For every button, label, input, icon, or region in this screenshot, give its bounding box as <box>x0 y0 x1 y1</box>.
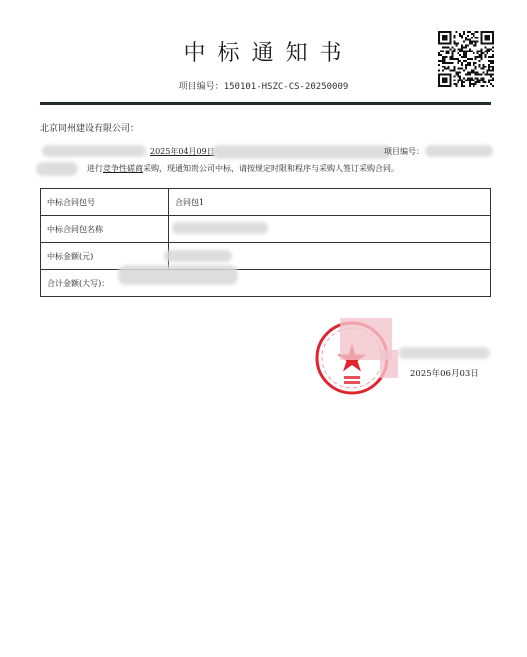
qr-code-icon <box>438 31 494 87</box>
issue-date: 2025年06月03日 <box>410 367 479 379</box>
redacted-amount <box>164 250 232 262</box>
row-label: 中标合同包号 <box>41 189 169 216</box>
redacted-project-name <box>212 145 392 159</box>
redacted-purchaser <box>42 145 146 157</box>
redacted-fragment <box>36 162 78 176</box>
bid-date: 2025年04月09日 <box>150 147 215 156</box>
row-value: 合同包1 <box>169 189 491 216</box>
header-divider <box>40 102 491 105</box>
notice-date: 2025年04月09日 <box>150 146 215 157</box>
notice-body-line2: 进行竞争性磋商采购，现通知贵公司中标，请按规定时限和程序与采购人签订采购合同。 <box>87 163 399 174</box>
table-row: 中标金额(元) <box>41 243 491 270</box>
project-number-label: 项目编号： <box>179 82 224 92</box>
redacted-amount-words <box>118 265 238 285</box>
project-number-value: 150101-HSZC-CS-20250009 <box>224 82 349 92</box>
body-prefix: 进行 <box>87 164 103 173</box>
table-row: 合计金额(大写)： <box>41 270 491 297</box>
procurement-method: 竞争性磋商 <box>103 164 143 173</box>
redacted-package-name <box>172 222 268 234</box>
row-label: 中标合同包名称 <box>41 216 169 243</box>
row-label: 合计金额(大写)： <box>41 270 491 297</box>
award-info-table: 中标合同包号 合同包1 中标合同包名称 中标金额(元) 合计金额(大写)： <box>40 188 491 297</box>
body-suffix: 采购，现通知贵公司中标，请按规定时限和程序与采购人签订采购合同。 <box>143 164 399 173</box>
redacted-seal-text <box>380 350 398 378</box>
redacted-signer <box>398 347 490 359</box>
project-no-label: 项目编号： <box>384 146 424 157</box>
redacted-project-no <box>425 145 493 157</box>
table-row: 中标合同包号 合同包1 <box>41 189 491 216</box>
addressee: 北京同州建设有限公司： <box>40 121 139 134</box>
